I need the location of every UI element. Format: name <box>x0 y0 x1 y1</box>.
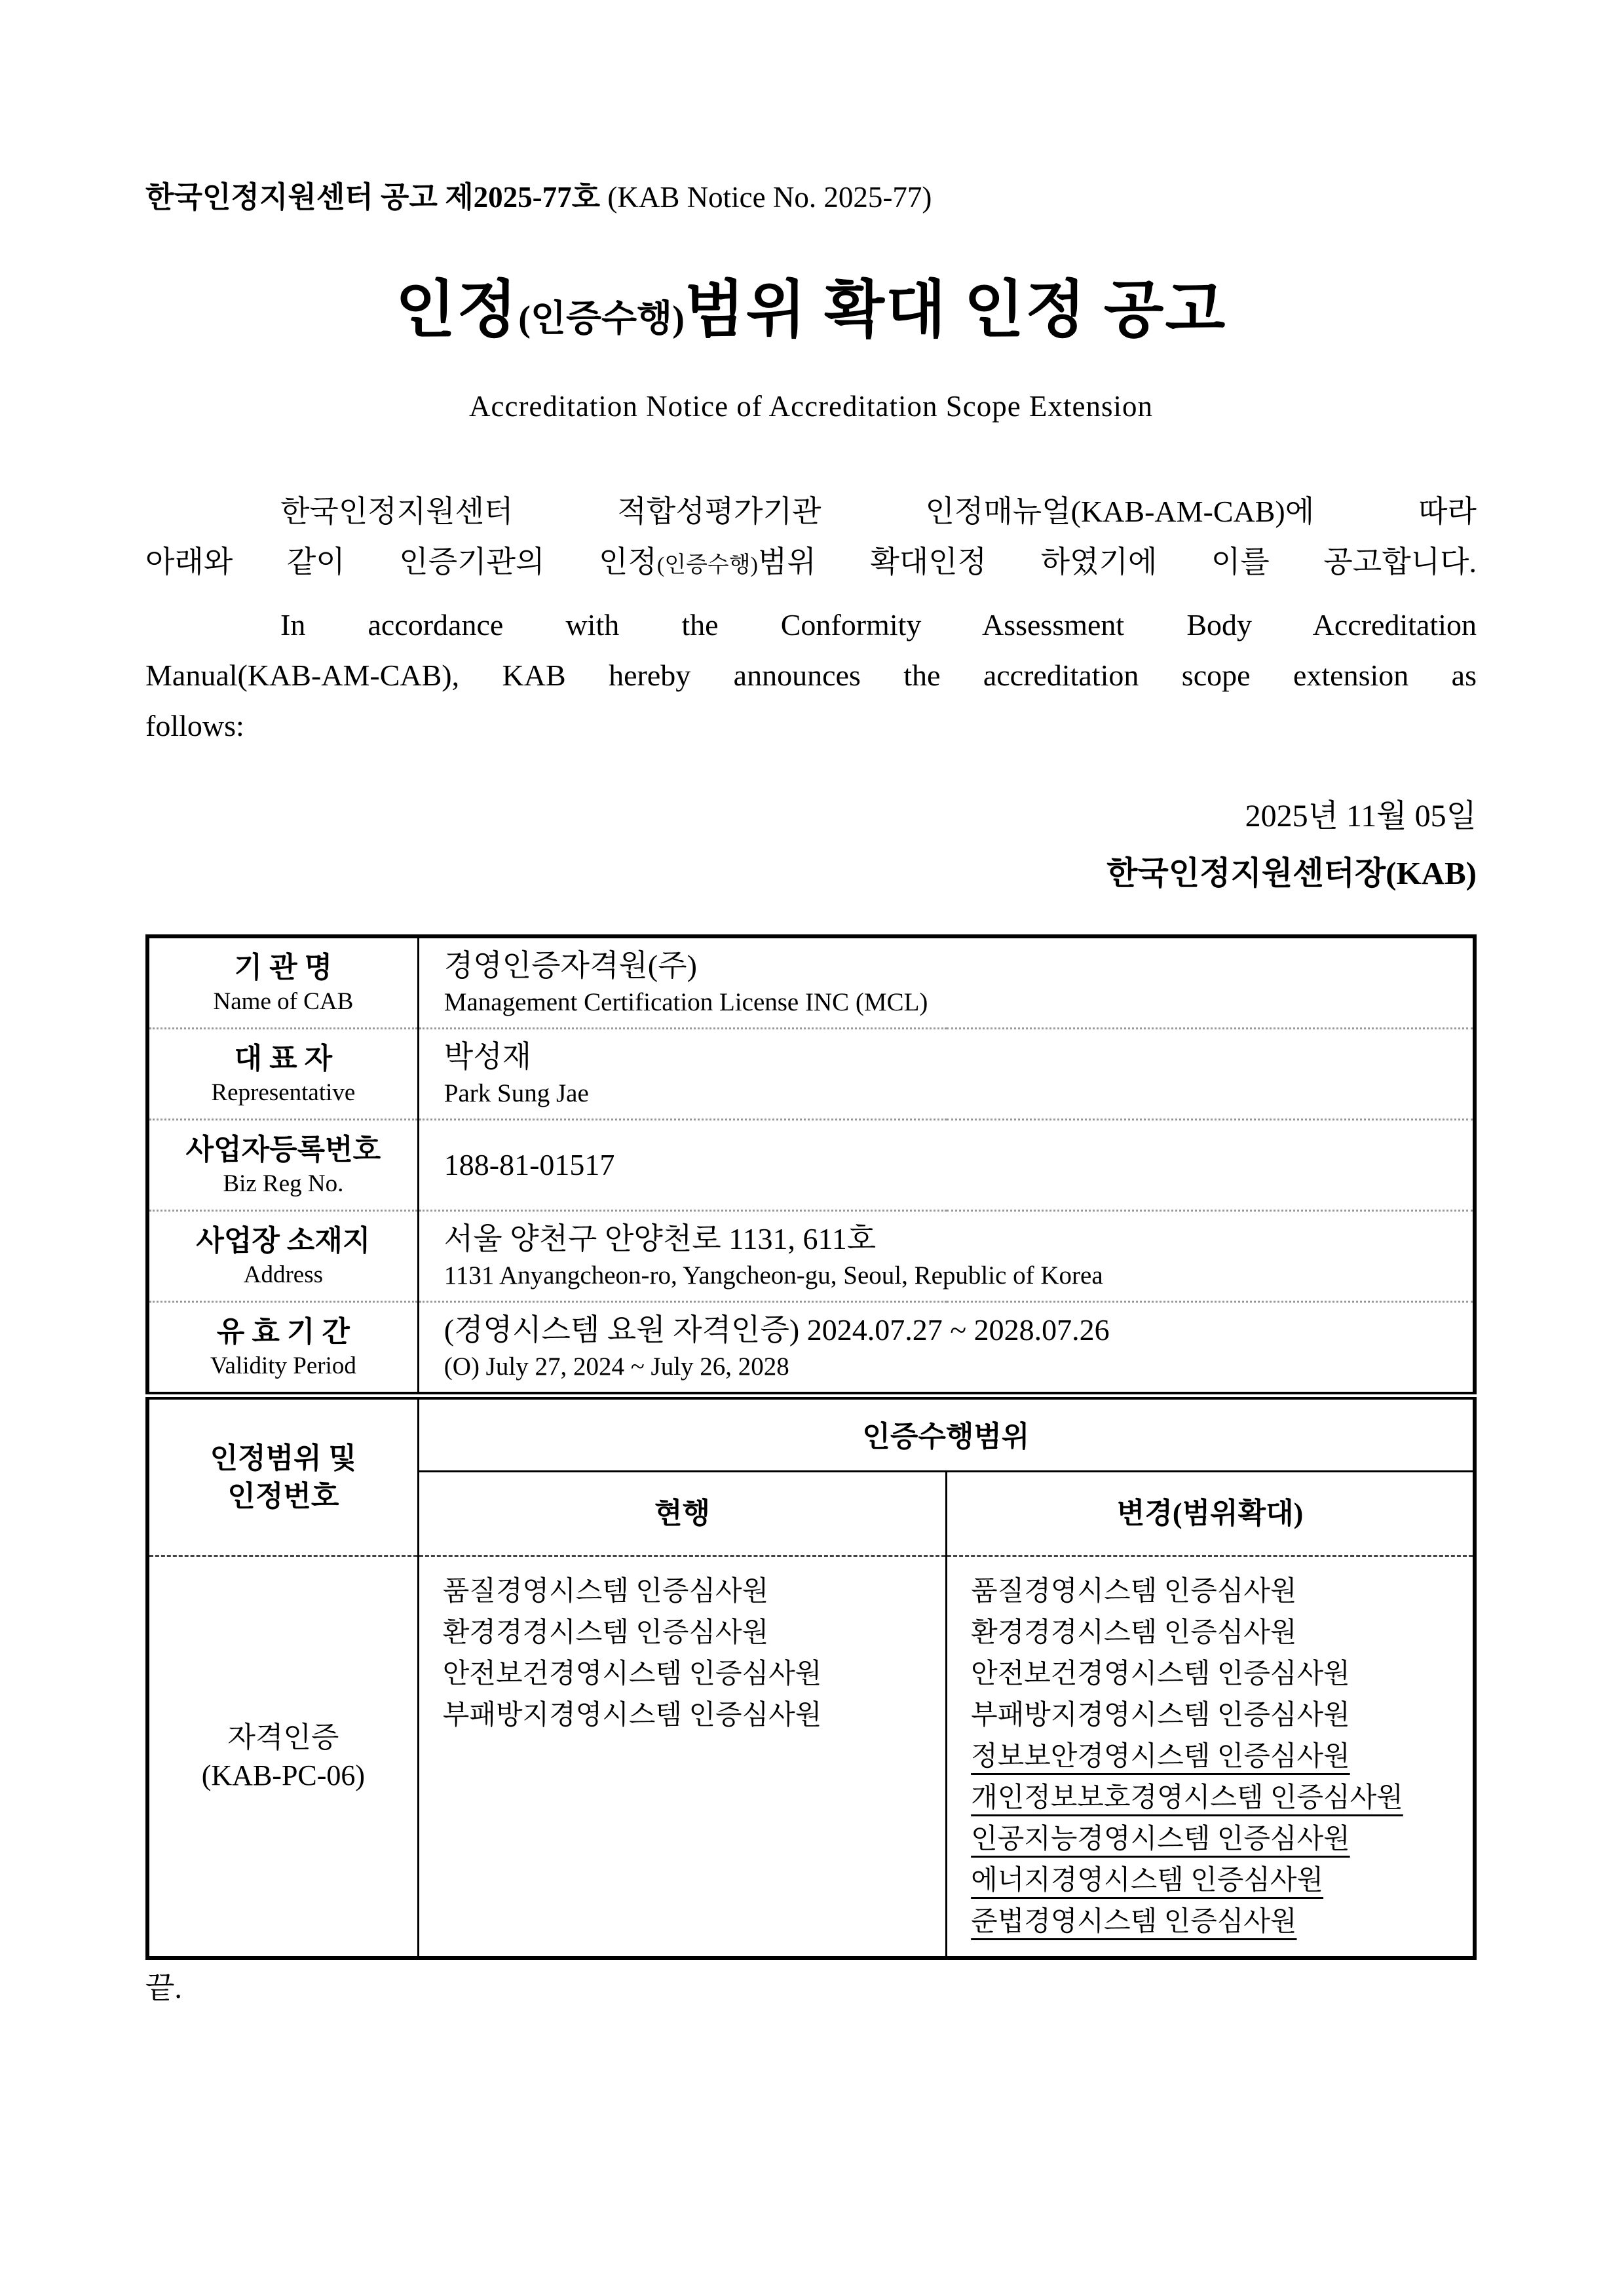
scope-changed-list: 품질경영시스템 인증심사원 환경경경시스템 인증심사원 안전보건경영시스템 인증… <box>947 1556 1475 1959</box>
row-value-cell: (경영시스템 요원 자격인증) 2024.07.27 ~ 2028.07.26 … <box>418 1302 1475 1396</box>
scope-left-header-cell: 인정범위 및 인정번호 <box>147 1396 418 1556</box>
korean-para-line-2: 아래와 같이 인증기관의 인정(인증수행)범위 확대인정 하였기에 이를 공고합… <box>145 537 1477 590</box>
list-item: 부패방지경영시스템 인증심사원 <box>443 1695 940 1736</box>
notice-date: 2025년 11월 05일 <box>145 797 1477 836</box>
document-page: 한국인정지원센터 공고 제2025-77호 (KAB Notice No. 20… <box>0 0 1624 2296</box>
row-label-cell: 사업장 소재지 Address <box>147 1211 418 1302</box>
list-item: 정보보안경영시스템 인증심사원 <box>971 1736 1467 1778</box>
scope-left-header-line2: 인정번호 <box>150 1478 417 1516</box>
row-label-cell: 사업자등록번호 Biz Reg No. <box>147 1120 418 1211</box>
cab-info-rows: 기 관 명 Name of CAB 경영인증자격원(주) Management … <box>147 936 1475 1396</box>
row-label-korean: 사업장 소재지 <box>153 1222 413 1259</box>
list-item: 준법경영시스템 인증심사원 <box>971 1902 1467 1943</box>
body-paragraph-english: In accordance with the Conformity Assess… <box>145 600 1477 751</box>
scope-item-text: 품질경영시스템 인증심사원 <box>971 1577 1296 1607</box>
row-value-cell: 박성재 Park Sung Jae <box>418 1029 1475 1120</box>
list-item: 환경경경시스템 인증심사원 <box>971 1613 1467 1654</box>
row-value-english: Management Certification License INC (MC… <box>444 985 1465 1020</box>
table-row: 사업자등록번호 Biz Reg No. 188-81-01517 <box>147 1120 1475 1211</box>
row-value-korean: 188-81-01517 <box>444 1145 1465 1185</box>
scope-column-changed-header: 변경(범위확대) <box>947 1472 1475 1556</box>
table-row: 유 효 기 간 Validity Period (경영시스템 요원 자격인증) … <box>147 1302 1475 1396</box>
scope-item-text: 품질경영시스템 인증심사원 <box>443 1577 768 1607</box>
table-row: 사업장 소재지 Address 서울 양천구 안양천로 1131, 611호 1… <box>147 1211 1475 1302</box>
list-item: 안전보건경영시스템 인증심사원 <box>443 1654 940 1695</box>
row-value-korean: 서울 양천구 안양천로 1131, 611호 <box>444 1219 1465 1259</box>
row-label-english: Name of CAB <box>153 986 413 1018</box>
english-para-line-2: Manual(KAB-AM-CAB), KAB hereby announces… <box>145 650 1477 700</box>
list-item: 안전보건경영시스템 인증심사원 <box>971 1654 1467 1695</box>
row-label-english: Address <box>153 1259 413 1291</box>
english-para-line-3: follows: <box>145 700 1477 751</box>
row-label-korean: 대 표 자 <box>153 1040 413 1077</box>
row-value-korean: 박성재 <box>444 1037 1465 1077</box>
list-item: 인공지능경영시스템 인증심사원 <box>971 1819 1467 1860</box>
list-item: 환경경경시스템 인증심사원 <box>443 1613 940 1654</box>
row-value-korean: 경영인증자격원(주) <box>444 946 1465 985</box>
row-label-korean: 유 효 기 간 <box>153 1313 413 1350</box>
row-value-english: 1131 Anyangcheon-ro, Yangcheon-gu, Seoul… <box>444 1259 1465 1293</box>
row-label-cell: 대 표 자 Representative <box>147 1029 418 1120</box>
scope-item-text: 부패방지경영시스템 인증심사원 <box>443 1700 822 1731</box>
row-label-english: Biz Reg No. <box>153 1168 413 1200</box>
row-value-cell: 188-81-01517 <box>418 1120 1475 1211</box>
scope-item-text: 부패방지경영시스템 인증심사원 <box>971 1700 1350 1731</box>
row-value-english: (O) July 27, 2024 ~ July 26, 2028 <box>444 1350 1465 1384</box>
page-subtitle: Accreditation Notice of Accreditation Sc… <box>145 389 1477 423</box>
certification-label: 자격인증 <box>150 1719 417 1757</box>
scope-header-row: 인정범위 및 인정번호 인증수행범위 <box>147 1396 1475 1472</box>
list-item: 부패방지경영시스템 인증심사원 <box>971 1695 1467 1736</box>
notice-number-line: 한국인정지원센터 공고 제2025-77호 (KAB Notice No. 20… <box>145 178 1477 216</box>
table-row: 대 표 자 Representative 박성재 Park Sung Jae <box>147 1029 1475 1120</box>
body-paragraph-korean: 한국인정지원센터 적합성평가기관 인정매뉴얼(KAB-AM-CAB)에 따라 아… <box>145 486 1477 590</box>
scope-item-text: 인공지능경영시스템 인증심사원 <box>971 1824 1350 1854</box>
title-suffix: 범위 확대 인정 공고 <box>685 275 1226 345</box>
row-label-english: Validity Period <box>153 1350 413 1382</box>
row-label-korean: 사업자등록번호 <box>153 1131 413 1168</box>
cab-info-table: 기 관 명 Name of CAB 경영인증자격원(주) Management … <box>145 934 1477 1960</box>
certification-code: (KAB-PC-06) <box>150 1757 417 1795</box>
title-parenthetical: (인증수행) <box>518 299 685 339</box>
row-value-cell: 경영인증자격원(주) Management Certification Lice… <box>418 936 1475 1029</box>
scope-left-header-line1: 인정범위 및 <box>150 1440 417 1478</box>
list-item: 에너지경영시스템 인증심사원 <box>971 1860 1467 1902</box>
page-title: 인정(인증수행)범위 확대 인정 공고 <box>145 274 1477 355</box>
english-para-line-1: In accordance with the Conformity Assess… <box>145 600 1477 650</box>
row-label-english: Representative <box>153 1077 413 1109</box>
korean-para-line2-part1: 아래와 같이 인증기관의 인정 <box>145 545 657 579</box>
list-item: 품질경영시스템 인증심사원 <box>443 1571 940 1613</box>
notice-signer: 한국인정지원센터장(KAB) <box>145 853 1477 894</box>
korean-para-line-1: 한국인정지원센터 적합성평가기관 인정매뉴얼(KAB-AM-CAB)에 따라 <box>145 486 1477 537</box>
scope-item-text: 환경경경시스템 인증심사원 <box>971 1618 1296 1648</box>
scope-span-header: 인증수행범위 <box>418 1396 1475 1472</box>
notice-number-korean: 한국인정지원센터 공고 제2025-77호 <box>145 181 600 214</box>
notice-number-english: (KAB Notice No. 2025-77) <box>607 181 932 214</box>
table-row: 기 관 명 Name of CAB 경영인증자격원(주) Management … <box>147 936 1475 1029</box>
title-prefix: 인정 <box>396 275 519 345</box>
scope-column-current-header: 현행 <box>418 1472 946 1556</box>
scope-item-text: 준법경영시스템 인증심사원 <box>971 1907 1296 1937</box>
row-label-cell: 기 관 명 Name of CAB <box>147 936 418 1029</box>
scope-item-text: 환경경경시스템 인증심사원 <box>443 1618 768 1648</box>
korean-para-parenthetical: (인증수행) <box>657 553 758 577</box>
scope-item-text: 개인정보보호경영시스템 인증심사원 <box>971 1783 1403 1813</box>
scope-item-text: 정보보안경영시스템 인증심사원 <box>971 1742 1350 1772</box>
scope-current-list: 품질경영시스템 인증심사원 환경경경시스템 인증심사원 안전보건경영시스템 인증… <box>418 1556 946 1959</box>
scope-item-text: 안전보건경영시스템 인증심사원 <box>443 1659 822 1689</box>
scope-data-row: 자격인증 (KAB-PC-06) 품질경영시스템 인증심사원 환경경경시스템 인… <box>147 1556 1475 1959</box>
row-label-cell: 유 효 기 간 Validity Period <box>147 1302 418 1396</box>
scope-section: 인정범위 및 인정번호 인증수행범위 현행 변경(범위확대) 자격인증 (KAB… <box>147 1396 1475 1958</box>
row-value-english: Park Sung Jae <box>444 1077 1465 1111</box>
certification-id-cell: 자격인증 (KAB-PC-06) <box>147 1556 418 1959</box>
scope-item-text: 에너지경영시스템 인증심사원 <box>971 1865 1323 1896</box>
row-value-cell: 서울 양천구 안양천로 1131, 611호 1131 Anyangcheon-… <box>418 1211 1475 1302</box>
list-item: 개인정보보호경영시스템 인증심사원 <box>971 1778 1467 1819</box>
scope-item-text: 안전보건경영시스템 인증심사원 <box>971 1659 1350 1689</box>
row-value-korean: (경영시스템 요원 자격인증) 2024.07.27 ~ 2028.07.26 <box>444 1311 1465 1350</box>
korean-para-line2-part2: 범위 확대인정 하였기에 이를 공고합니다. <box>758 545 1477 579</box>
end-mark: 끝. <box>145 1969 1477 2007</box>
list-item: 품질경영시스템 인증심사원 <box>971 1571 1467 1613</box>
row-label-korean: 기 관 명 <box>153 949 413 986</box>
